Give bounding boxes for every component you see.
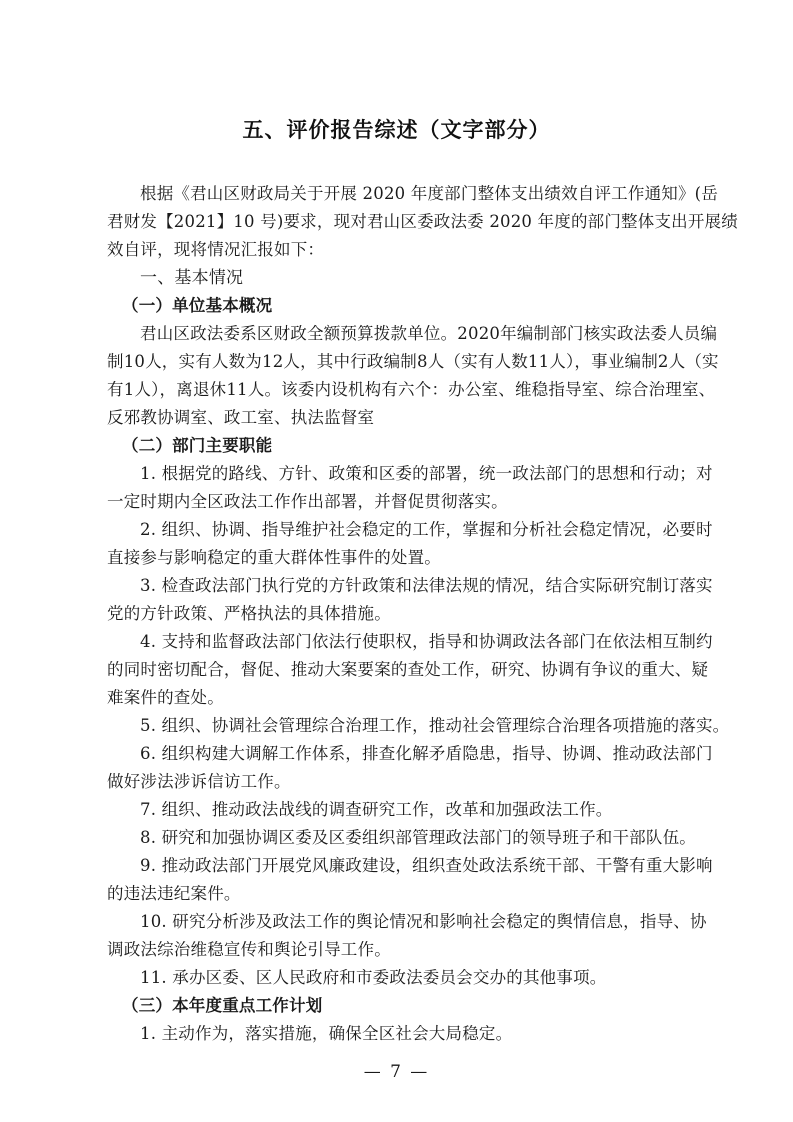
list-item: 难案件的查处。 bbox=[107, 687, 687, 709]
list-item: 3. 检查政法部门执行党的方针政策和法律法规的情况，结合实际研究制订落实 bbox=[140, 575, 687, 597]
intro-line: 君财发【2021】10 号)要求，现对君山区委政法委 2020 年度的部门整体支… bbox=[107, 211, 687, 233]
list-item: 2. 组织、协调、指导维护社会稳定的工作，掌握和分析社会稳定情况，必要时 bbox=[140, 519, 687, 541]
page-title: 五、评价报告综述（文字部分） bbox=[0, 114, 793, 144]
list-item: 5. 组织、协调社会管理综合治理工作，推动社会管理综合治理各项措施的落实。 bbox=[140, 715, 687, 737]
list-item: 一定时期内全区政法工作作出部署，并督促贯彻落实。 bbox=[107, 491, 687, 513]
list-item: 的同时密切配合，督促、推动大案要案的查处工作，研究、协调有争议的重大、疑 bbox=[107, 659, 687, 681]
list-item: 1. 根据党的路线、方针、政策和区委的部署，统一政法部门的思想和行动；对 bbox=[140, 463, 687, 485]
subsection-heading: （二）部门主要职能 bbox=[122, 435, 702, 457]
paragraph-line: 有1人），离退休11人。该委内设机构有六个：办公室、维稳指导室、综合治理室、 bbox=[107, 379, 687, 401]
subsection-heading: （三）本年度重点工作计划 bbox=[122, 995, 702, 1017]
list-item: 做好涉法涉诉信访工作。 bbox=[107, 771, 687, 793]
list-item: 党的方针政策、严格执法的具体措施。 bbox=[107, 603, 687, 625]
intro-line: 效自评，现将情况汇报如下： bbox=[107, 239, 687, 261]
document-page: 五、评价报告综述（文字部分） 根据《君山区财政局关于开展 2020 年度部门整体… bbox=[0, 0, 793, 1122]
list-item: 调政法综治维稳宣传和舆论引导工作。 bbox=[107, 939, 687, 961]
list-item: 6. 组织构建大调解工作体系，排查化解矛盾隐患，指导、协调、推动政法部门 bbox=[140, 743, 687, 765]
list-item: 4. 支持和监督政法部门依法行使职权，指导和协调政法各部门在依法相互制约 bbox=[140, 631, 687, 653]
list-item: 11. 承办区委、区人民政府和市委政法委员会交办的其他事项。 bbox=[140, 967, 687, 989]
paragraph-line: 制10人，实有人数为12人，其中行政编制8人（实有人数11人），事业编制2人（实 bbox=[107, 351, 687, 373]
paragraph-line: 君山区政法委系区财政全额预算拨款单位。2020年编制部门核实政法委人员编 bbox=[140, 323, 687, 345]
list-item: 8. 研究和加强协调区委及区委组织部管理政法部门的领导班子和干部队伍。 bbox=[140, 827, 687, 849]
list-item: 的违法违纪案件。 bbox=[107, 883, 687, 905]
page-number: — 7 — bbox=[0, 1062, 793, 1082]
list-item: 10. 研究分析涉及政法工作的舆论情况和影响社会稳定的舆情信息，指导、协 bbox=[140, 911, 687, 933]
paragraph-line: 1. 主动作为，落实措施，确保全区社会大局稳定。 bbox=[140, 1023, 687, 1045]
paragraph-line: 反邪教协调室、政工室、执法监督室 bbox=[107, 407, 687, 429]
intro-line: 根据《君山区财政局关于开展 2020 年度部门整体支出绩效自评工作通知》(岳 bbox=[140, 183, 687, 205]
section-heading: 一、基本情况 bbox=[140, 267, 687, 289]
list-item: 7. 组织、推动政法战线的调查研究工作，改革和加强政法工作。 bbox=[140, 799, 687, 821]
list-item: 9. 推动政法部门开展党风廉政建设，组织查处政法系统干部、干警有重大影响 bbox=[140, 855, 687, 877]
list-item: 直接参与影响稳定的重大群体性事件的处置。 bbox=[107, 547, 687, 569]
subsection-heading: （一）单位基本概况 bbox=[122, 295, 702, 317]
